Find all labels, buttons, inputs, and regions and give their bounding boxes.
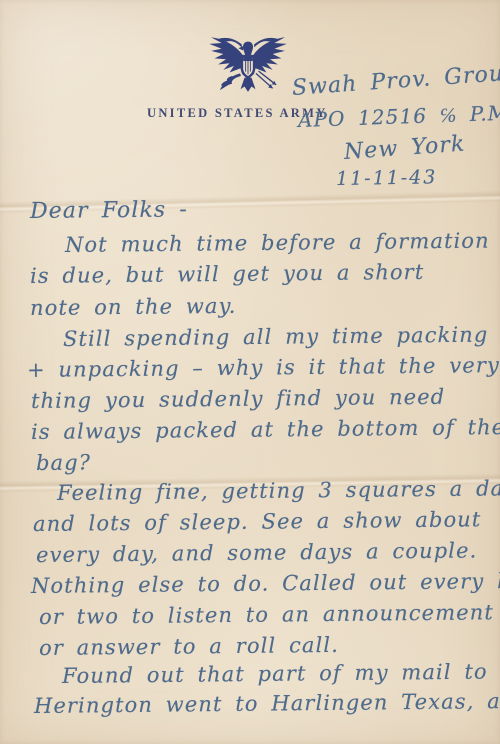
letter-line: Found out that part of my mail to [62, 660, 488, 688]
letter-line: every day, and some days a couple. [36, 538, 478, 567]
unit-line: Swah Prov. Group [291, 60, 500, 101]
salutation-line: Dear Folks - [30, 197, 188, 224]
letter-line: or two to listen to an announcement [39, 600, 494, 629]
letter-line: Not much time before a formation [65, 229, 490, 257]
letter-line: Nothing else to do. Called out every hou… [31, 569, 500, 598]
apo-line: APO 12516 ℅ P.M. [298, 100, 500, 133]
city-line: New York [343, 132, 466, 165]
letter-line: and lots of sleep. See a show about [33, 507, 482, 536]
letter-line: Herington went to Harlingen Texas, and [34, 689, 500, 718]
letter-line: Still spending all my time packing [63, 323, 489, 351]
letter-line: is due, but will get you a short [30, 260, 425, 288]
eagle-head [243, 42, 253, 56]
letter-line: Feeling fine, getting 3 squares a day, [57, 476, 500, 505]
date-line: 11-11-43 [336, 166, 438, 190]
letter-line: bag? [36, 450, 91, 475]
letter-line: note on the way. [30, 294, 237, 320]
letter-line: thing you suddenly find you need [31, 385, 446, 413]
letter-line: + unpacking – why is it that the very [27, 353, 500, 382]
letter-line: is always packed at the bottom of the [31, 415, 500, 444]
letter-line: or answer to a roll call. [39, 633, 339, 660]
us-army-eagle-icon [204, 27, 292, 103]
letter-page: UNITED STATES ARMY Swah Prov. Group APO … [0, 0, 500, 744]
